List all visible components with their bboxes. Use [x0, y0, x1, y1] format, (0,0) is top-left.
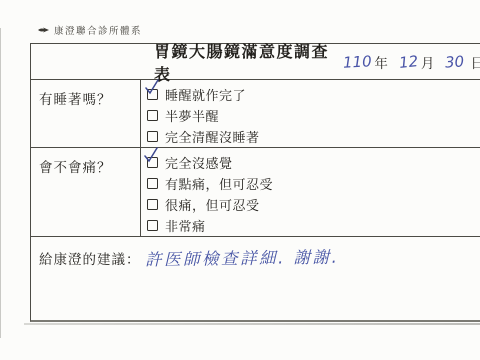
question-label-pain: 會不會痛？ [31, 148, 141, 236]
clinic-logo: 康澄聯合診所體系 [37, 23, 142, 37]
option-label: 很痛，但可忍受 [165, 195, 260, 214]
option-label: 非常痛 [165, 216, 206, 235]
question-label-sleep: 有睡著嗎？ [31, 80, 141, 147]
scan-shadow-artifact [24, 323, 480, 325]
handwritten-day-value: 30 [445, 52, 465, 71]
option-label: 半夢半醒 [165, 106, 219, 125]
option-woke-up-done[interactable]: 睡醒就作完了 [147, 84, 480, 105]
option-label: 完全清醒沒睡著 [165, 127, 260, 146]
option-very-painful-bearable[interactable]: 很痛，但可忍受 [147, 194, 480, 215]
options-pain: 完全沒感覺 有點痛，但可忍受 很痛，但可忍受 非常痛 [141, 148, 480, 236]
suggestion-label: 給康澄的建議： [39, 245, 141, 268]
clinic-logo-icon [37, 26, 50, 35]
option-extremely-painful[interactable]: 非常痛 [147, 215, 480, 236]
handwritten-suggestion: 許医師檢查詳細. 謝謝. [144, 244, 339, 271]
option-label: 完全沒感覺 [165, 153, 233, 172]
checkbox-half-asleep[interactable] [147, 110, 158, 121]
scanned-survey-form: 康澄聯合診所體系 胃鏡大腸鏡滿意度調查表 110 年 12 月 30 日 有睡著… [0, 0, 480, 360]
checkbox-slight-pain[interactable] [147, 178, 158, 189]
handwritten-year-value: 110 [342, 52, 372, 71]
option-no-feeling[interactable]: 完全沒感覺 [147, 152, 480, 173]
clinic-logo-text: 康澄聯合診所體系 [54, 23, 142, 37]
checkbox-fully-awake[interactable] [147, 131, 158, 142]
checkbox-no-feeling[interactable] [147, 157, 158, 168]
option-slight-pain[interactable]: 有點痛，但可忍受 [147, 173, 480, 194]
suggestion-row: 給康澄的建議： 許医師檢查詳細. 謝謝. [31, 237, 480, 321]
date-field: 110 年 12 月 30 日 [339, 52, 480, 72]
title-row: 胃鏡大腸鏡滿意度調查表 110 年 12 月 30 日 [31, 44, 480, 80]
checkbox-very-painful-bearable[interactable] [147, 199, 158, 210]
month-unit-label: 月 [421, 52, 436, 72]
question-row-sleep: 有睡著嗎？ 睡醒就作完了 半夢半醒 完全清醒沒睡著 [31, 80, 480, 148]
check-mark-icon [143, 147, 160, 164]
question-row-pain: 會不會痛？ 完全沒感覺 有點痛，但可忍受 很痛，但可忍受 [31, 148, 480, 237]
scan-edge-artifact [0, 28, 1, 338]
form-title: 胃鏡大腸鏡滿意度調查表 [154, 39, 335, 85]
check-mark-icon [143, 79, 160, 96]
checkbox-extremely-painful[interactable] [147, 220, 158, 231]
day-unit-label: 日 [471, 52, 480, 72]
handwritten-month-value: 12 [398, 52, 419, 72]
option-label: 有點痛，但可忍受 [165, 174, 273, 193]
option-half-asleep[interactable]: 半夢半醒 [147, 105, 480, 126]
option-fully-awake[interactable]: 完全清醒沒睡著 [147, 126, 480, 147]
options-sleep: 睡醒就作完了 半夢半醒 完全清醒沒睡著 [141, 80, 480, 147]
year-unit-label: 年 [374, 52, 389, 72]
option-label: 睡醒就作完了 [165, 85, 246, 104]
survey-table: 胃鏡大腸鏡滿意度調查表 110 年 12 月 30 日 有睡著嗎？ [30, 43, 480, 322]
checkbox-woke-up-done[interactable] [147, 89, 158, 100]
